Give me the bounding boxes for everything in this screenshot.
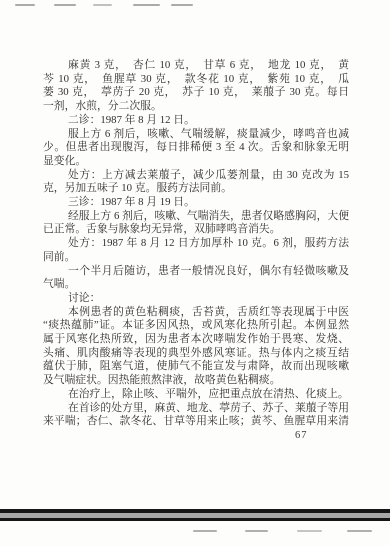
page-text-body: 麻黄 3 克， 杏仁 10 克， 甘草 6 克， 地龙 10 克， 黄 芩 10… — [43, 59, 349, 429]
text-line: 一剂，水煎，分二次服。 — [43, 100, 349, 114]
text-line: 及气喘症状。因热能煎熬津液，故咯黄色粘稠痰。 — [43, 374, 349, 388]
page-number: 67 — [295, 430, 308, 441]
text-line: 服上方 6 剂后，咳嗽、气喘缓解，痰量减少，哮鸣音也减 — [43, 128, 349, 142]
scan-artifact-dash — [297, 530, 322, 532]
text-line: 克，另加五味子 10 克。服药方法同前。 — [43, 182, 349, 196]
scan-artifact-dash — [54, 4, 76, 6]
scan-artifact-dash — [245, 530, 268, 532]
text-line: 在治疗上，除止咳、平喘外，应把重点放在清热、化痰上。 — [43, 388, 349, 402]
text-line: 讨论： — [43, 292, 349, 306]
text-line: 三诊：1987 年 8 月 19 日。 — [43, 196, 349, 210]
scan-artifact-dash — [15, 4, 35, 6]
scanned-document-page: 麻黄 3 克， 杏仁 10 克， 甘草 6 克， 地龙 10 克， 黄 芩 10… — [0, 0, 390, 546]
text-line: 一个半月后随访，患者一般情况良好，偶尔有轻微咳嗽及 — [43, 265, 349, 279]
text-line: 麻黄 3 克， 杏仁 10 克， 甘草 6 克， 地龙 10 克， 黄 — [43, 59, 349, 73]
text-line: 显变化。 — [43, 155, 349, 169]
text-line: 来平喘；杏仁、款冬花、甘草等用来止咳；黄芩、鱼腥草用来清 — [43, 415, 349, 429]
text-line: 经服上方 6 剂后，咳嗽、气喘消失，患者仅略感胸闷，大便 — [43, 210, 349, 224]
text-line: 已正常。舌象与脉象均无异常，双肺哮鸣音消失。 — [43, 223, 349, 237]
text-line: 本例患者的黄色粘稠痰，舌苔黄，舌质红等表现属于中医 — [43, 306, 349, 320]
text-line: 芩 10 克， 鱼腥草 30 克， 款冬花 10 克， 紫苑 10 克， 瓜 — [43, 73, 349, 87]
text-line: 蕴伏于肺，阻塞气道，使肺气不能宣发与肃降，故而出现咳嗽 — [43, 360, 349, 374]
text-line: 蒌 30 克， 葶苈子 20 克， 苏子 10 克， 莱菔子 30 克。每日 — [43, 86, 349, 100]
scan-artifact-dash — [93, 4, 112, 6]
text-line: 头痛、肌肉酸痛等表现的典型外感风寒证。热与体内之痰互结 — [43, 347, 349, 361]
scan-edge-band-dark-stripe — [0, 518, 390, 521]
scan-artifact-dash — [347, 530, 372, 532]
text-line: 处方：1987 年 8 月 12 日方加厚朴 10 克。6 剂，服药方法 — [43, 237, 349, 251]
text-line: 属于风寒化热所致，因为患者本次哮喘发作始于畏寒、发烧、 — [43, 333, 349, 347]
text-line: 在首诊的处方里，麻黄、地龙、葶苈子、苏子、莱菔子等用 — [43, 402, 349, 416]
text-line: 处方：上方减去莱菔子，减少瓜蒌剂量，由 30 克改为 15 — [43, 169, 349, 183]
scan-edge-band — [0, 509, 390, 521]
text-line: 同前。 — [43, 251, 349, 265]
scan-artifact-dash — [133, 4, 160, 6]
text-line: “痰热蕴肺”证。本证多因风热，或风寒化热所引起。本例显然 — [43, 319, 349, 333]
text-line: 二诊：1987 年 8 月 12 日。 — [43, 114, 349, 128]
scan-artifact-dash — [171, 4, 193, 6]
text-line: 气喘。 — [43, 278, 349, 292]
text-line: 少。但患者出现腹泻，每日排稀便 3 至 4 次。舌象和脉象无明 — [43, 141, 349, 155]
scan-artifact-dash — [193, 530, 217, 532]
